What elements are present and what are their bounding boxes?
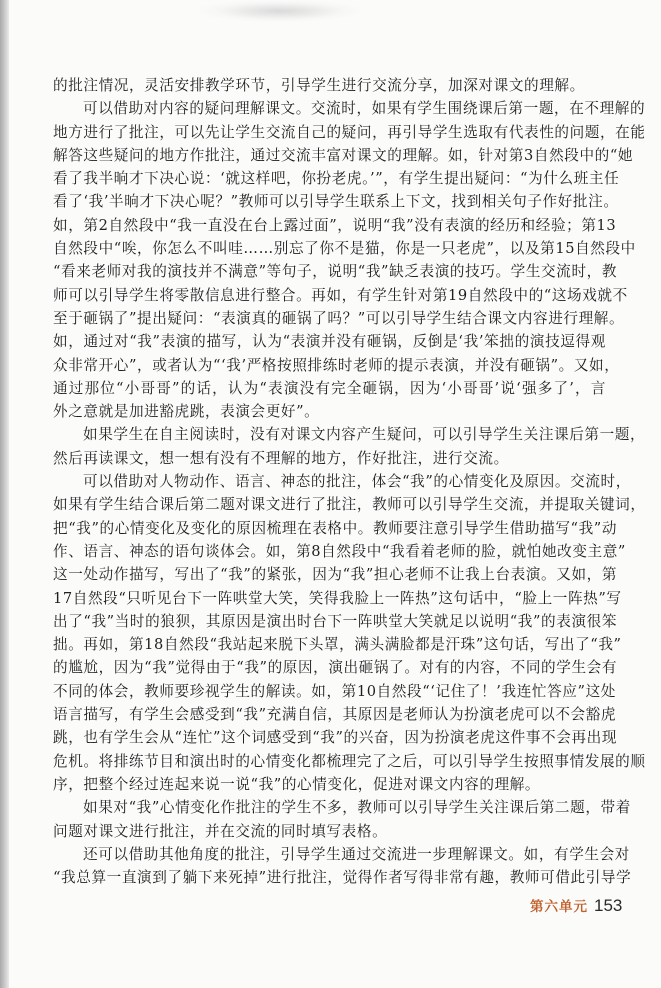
text-line: 拙。再如，第18自然段“我站起来脱下头罩，满头满脸都是汗珠”这句话，写出了“我” [53,633,606,656]
page-number: 153 [594,896,622,916]
text-line: 的尴尬，因为“我”觉得由于“我”的原因，演出砸锅了。对有的内容，不同的学生会有 [53,656,606,679]
text-line: 把“我”的心情变化及变化的原因梳理在表格中。教师要注意引导学生借助描写“我”动 [53,517,606,540]
text-line: 可以借助对内容的疑问理解课文。交流时，如果有学生围绕课后第一题，在不理解的 [53,97,606,120]
text-line: 看了我半晌才下决心说：‘就这样吧，你扮老虎。’”，有学生提出疑问：“为什么班主任 [53,167,606,190]
text-line: 解答这些疑问的地方作批注，通过交流丰富对课文的理解。如，针对第3自然段中的“她 [53,144,606,167]
paragraph: 可以借助对人物动作、语言、神态的批注，体会“我”的心情变化及原因。交流时，如果有… [53,470,606,796]
text-line: 如，第2自然段中“我一直没在台上露过面”，说明“我”没有表演的经历和经验；第13 [53,214,606,237]
text-line: 师可以引导学生将零散信息进行整合。再如，有学生针对第19自然段中的“这场戏就不 [53,284,606,307]
text-line: 语言描写，有学生会感受到“我”充满自信，其原因是老师认为扮演老虎可以不会豁虎 [53,703,606,726]
text-line: 跳，也有学生会从“连忙”这个词感受到“我”的兴奋，因为扮演老虎这件事不会再出现 [53,726,606,749]
unit-label: 第六单元 [530,895,588,915]
text-line: 看了‘我’半晌才下决心呢？”教师可以引导学生联系上下文，找到相关句子作好批注。 [53,190,606,213]
text-line: “我总算一直演到了躺下来死掉”进行批注，觉得作者写得非常有趣，教师可借此引导学 [53,866,606,889]
page-body-text: 的批注情况，灵活安排教学环节，引导学生进行交流分享，加深对课文的理解。可以借助对… [53,74,606,889]
text-line: 如果学生在自主阅读时，没有对课文内容产生疑问，可以引导学生关注课后第一题， [53,423,606,446]
text-line: 出了“我”当时的狼狈，其原因是演出时台下一阵哄堂大笑就足以说明“我”的表演很笨 [53,610,606,633]
scan-edge-shadow [0,0,9,988]
text-line: 17自然段“只听见台下一阵哄堂大笑，笑得我脸上一阵热”这句话中，“脸上一阵热”写 [53,587,606,610]
text-line: 外之意就是加进豁虎跳，表演会更好”。 [53,400,606,423]
text-line: 如，通过对“我”表演的描写，认为“表演并没有砸锅，反倒是‘我’笨拙的演技逗得观 [53,330,606,353]
text-line: 至于砸锅了”提出疑问：“表演真的砸锅了吗？”可以引导学生结合课文内容进行理解。 [53,307,606,330]
page-footer: 第六单元 153 [530,895,622,916]
paragraph: 如果对“我”心情变化作批注的学生不多，教师可以引导学生关注课后第二题，带着问题对… [53,796,606,843]
text-line: 还可以借助其他角度的批注，引导学生通过交流进一步理解课文。如，有学生会对 [53,843,606,866]
text-line: 序，把整个经过连起来说一说“我”的心情变化，促进对课文内容的理解。 [53,773,606,796]
text-line: 可以借助对人物动作、语言、神态的批注，体会“我”的心情变化及原因。交流时， [53,470,606,493]
scan-smudge [200,0,360,22]
text-line: 危机。将排练节目和演出时的心情变化都梳理完了之后，可以引导学生按照事情发展的顺 [53,750,606,773]
text-line: “看来老师对我的演技并不满意”等句子，说明“我”缺乏表演的技巧。学生交流时，教 [53,260,606,283]
text-line: 不同的体会，教师要珍视学生的解读。如，第10自然段“‘记住了！’我连忙答应”这处 [53,680,606,703]
text-line: 众非常开心”，或者认为“‘我’严格按照排练时老师的提示表演，并没有砸锅”。又如， [53,354,606,377]
text-line: 作、语言、神态的语句谈体会。如，第8自然段中“我看着老师的脸，就怕她改变主意” [53,540,606,563]
text-line: 地方进行了批注，可以先让学生交流自己的疑问，再引导学生选取有代表性的问题，在能 [53,121,606,144]
text-line: 如果有学生结合课后第二题对课文进行了批注，教师可以引导学生交流，并提取关键词， [53,493,606,516]
text-line: 的批注情况，灵活安排教学环节，引导学生进行交流分享，加深对课文的理解。 [53,74,606,97]
paragraph: 还可以借助其他角度的批注，引导学生通过交流进一步理解课文。如，有学生会对“我总算… [53,843,606,890]
paragraph: 的批注情况，灵活安排教学环节，引导学生进行交流分享，加深对课文的理解。 [53,74,606,97]
paragraph: 可以借助对内容的疑问理解课文。交流时，如果有学生围绕课后第一题，在不理解的地方进… [53,97,606,423]
text-line: 通过那位“小哥哥”的话，认为“表演没有完全砸锅，因为‘小哥哥’说‘强多了’，言 [53,377,606,400]
text-line: 问题对课文进行批注，并在交流的同时填写表格。 [53,820,606,843]
text-line: 然后再读课文，想一想有没有不理解的地方，作好批注，进行交流。 [53,447,606,470]
text-line: 如果对“我”心情变化作批注的学生不多，教师可以引导学生关注课后第二题，带着 [53,796,606,819]
paragraph: 如果学生在自主阅读时，没有对课文内容产生疑问，可以引导学生关注课后第一题，然后再… [53,423,606,470]
text-line: 这一处动作描写，写出了“我”的紧张，因为“我”担心老师不让我上台表演。又如，第 [53,563,606,586]
text-line: 自然段中“唉，你怎么不叫哇……别忘了你不是猫，你是一只老虎”，以及第15自然段中 [53,237,606,260]
